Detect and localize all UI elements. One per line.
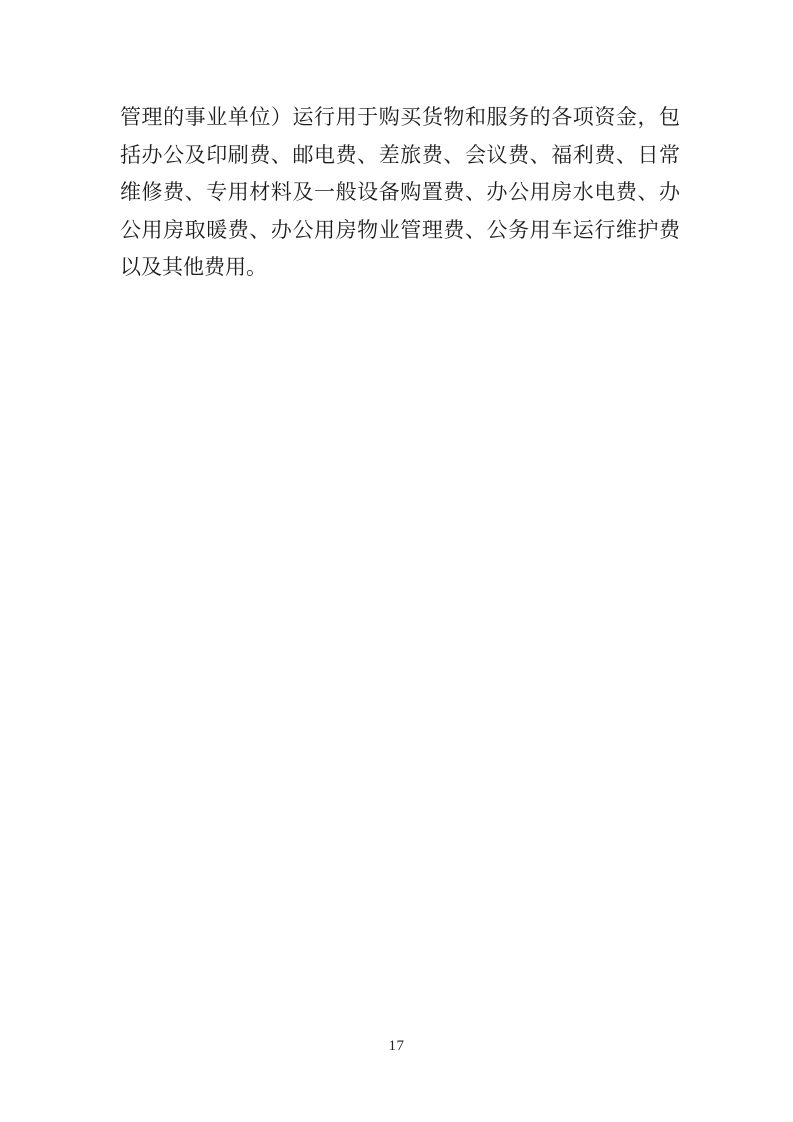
text-line: 公用房取暖费、办公用房物业管理费、公务用车运行维护费 [120, 212, 680, 250]
text-line: 以及其他费用。 [120, 249, 680, 287]
page-number: 17 [0, 1038, 793, 1055]
document-page: 管理的事业单位）运行用于购买货物和服务的各项资金，包 括办公及印刷费、邮电费、差… [0, 0, 793, 1122]
text-line: 括办公及印刷费、邮电费、差旅费、会议费、福利费、日常 [120, 137, 680, 175]
body-text-paragraph: 管理的事业单位）运行用于购买货物和服务的各项资金，包 括办公及印刷费、邮电费、差… [120, 99, 680, 287]
text-line: 管理的事业单位）运行用于购买货物和服务的各项资金，包 [120, 99, 680, 137]
text-line: 维修费、专用材料及一般设备购置费、办公用房水电费、办 [120, 174, 680, 212]
